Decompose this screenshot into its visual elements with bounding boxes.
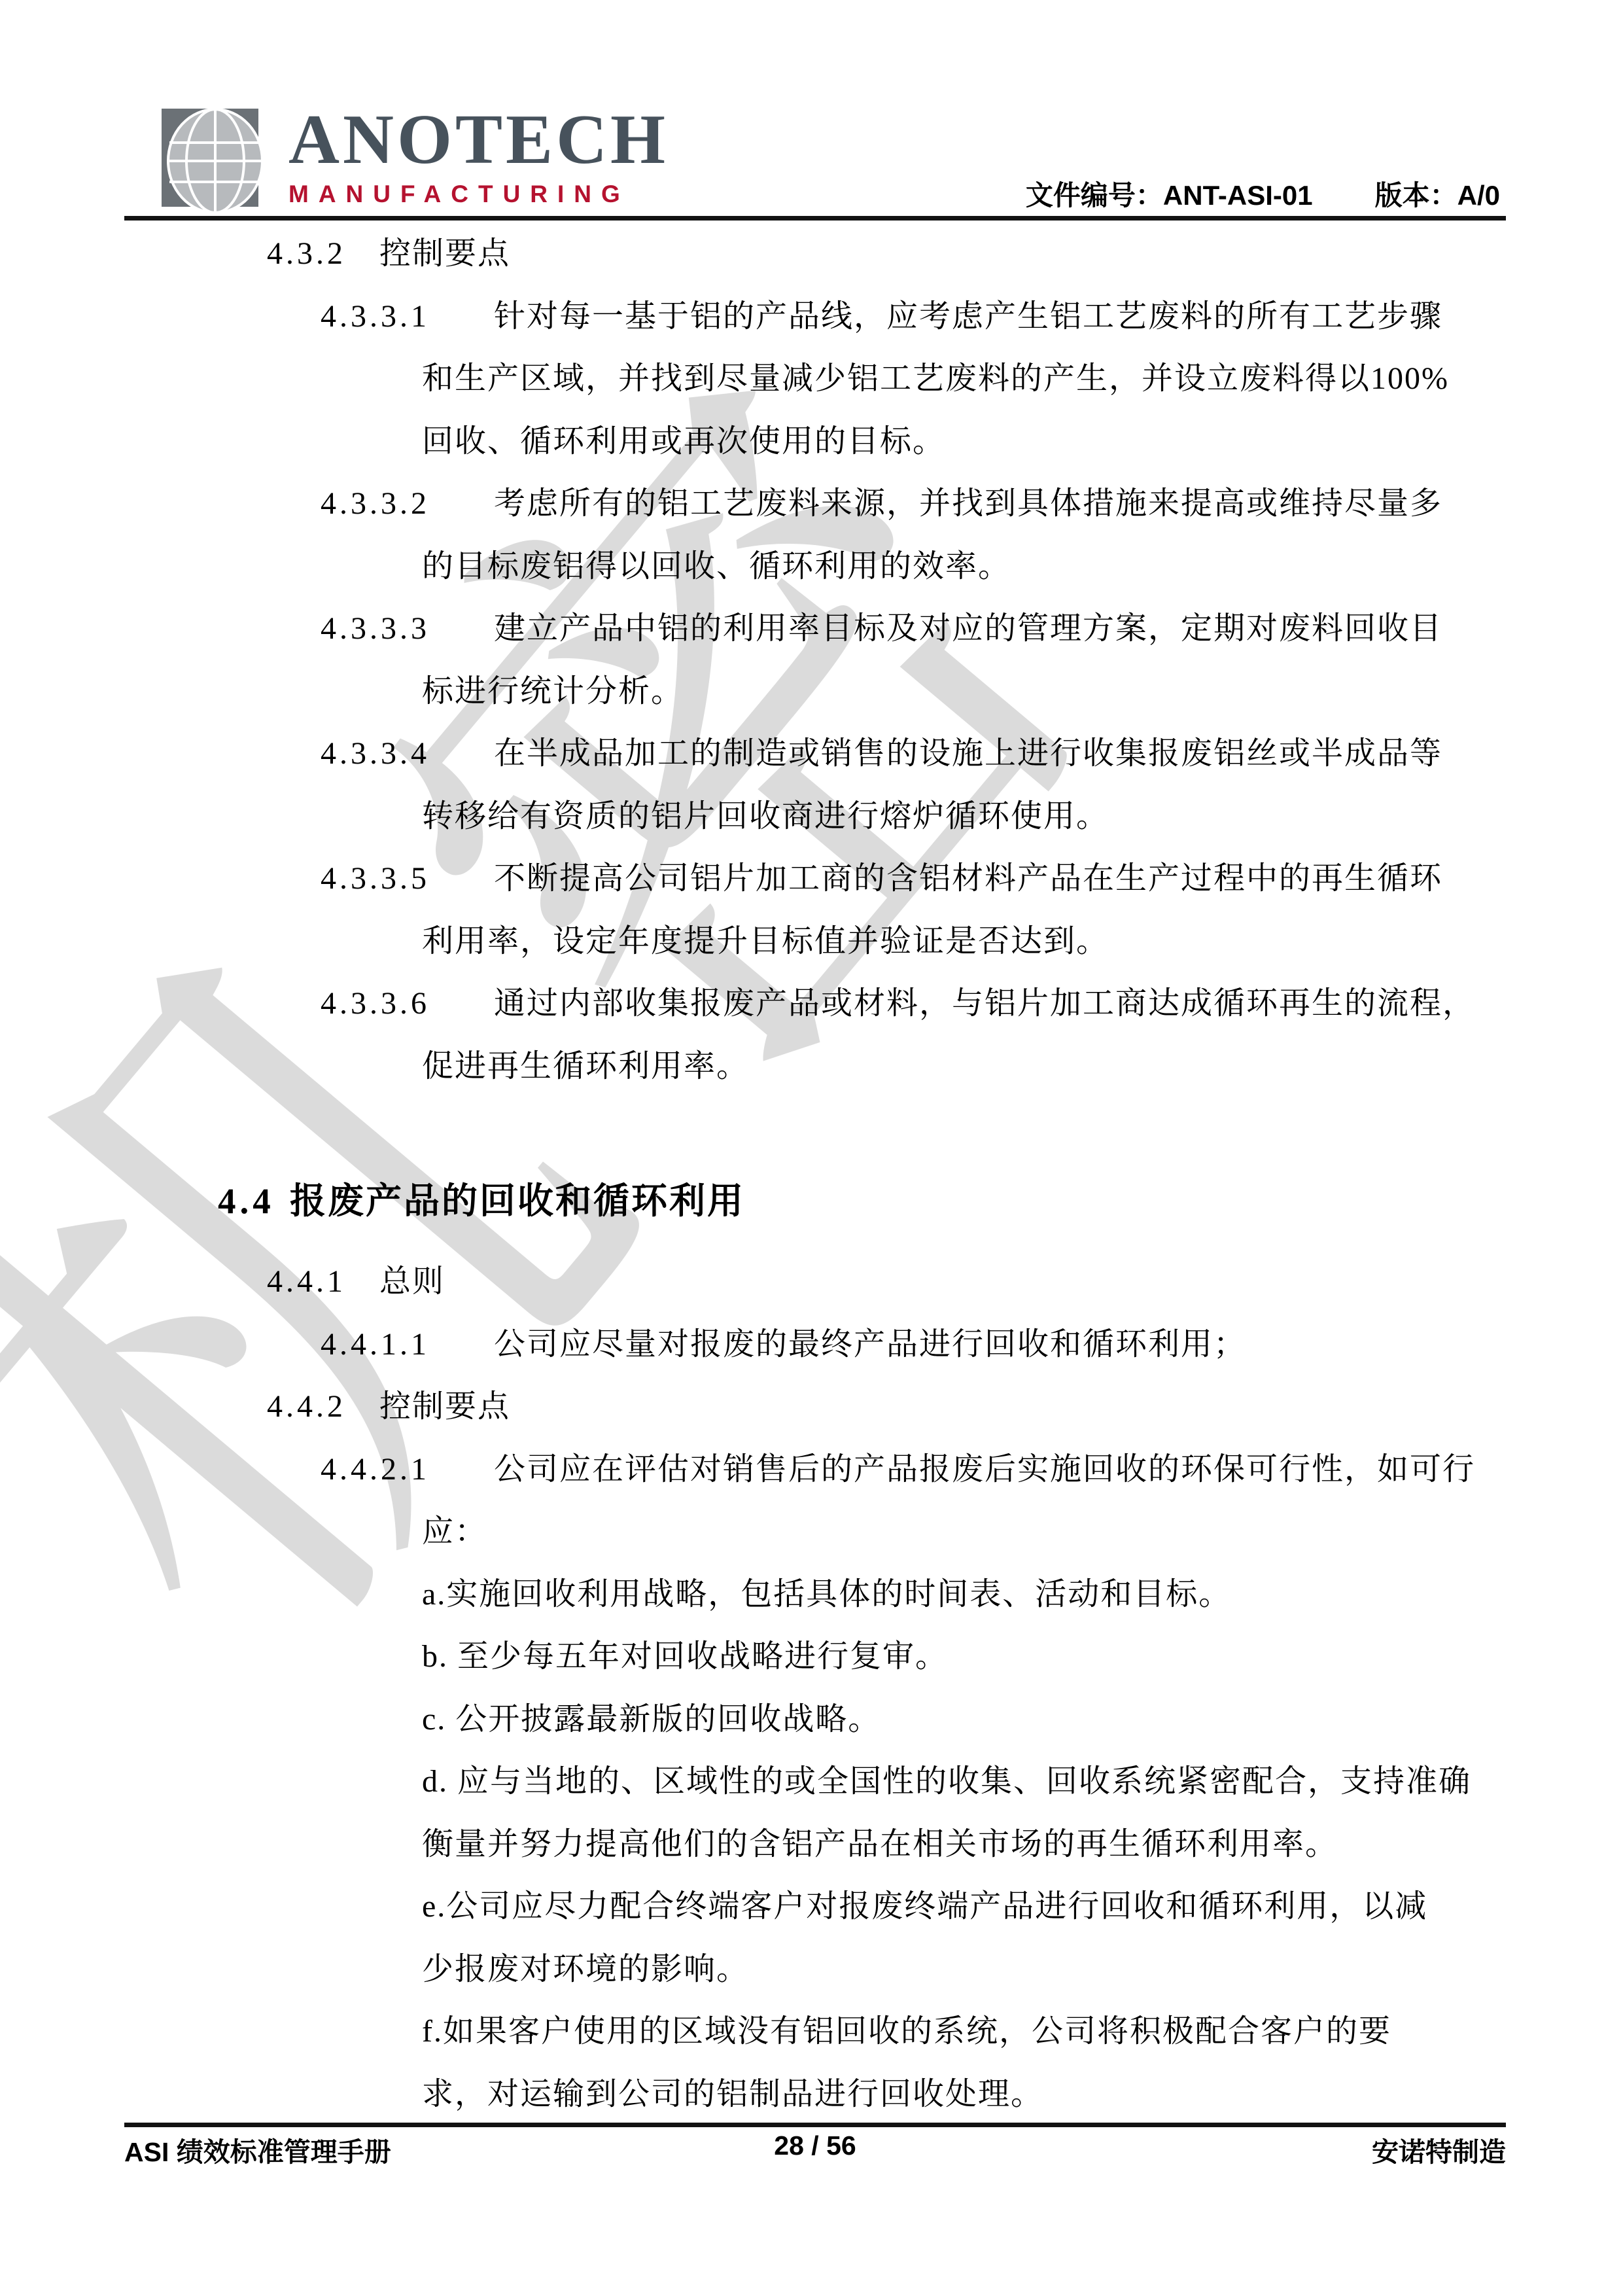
footer-company-name: 安诺特制造 (943, 2130, 1506, 2169)
clause-continuation-line: d. 应与当地的、区域性的或全国性的收集、回收系统紧密配合，支持准确 (0, 1750, 1623, 1813)
clause-continuation-line: 的目标废铝得以回收、循环利用的效率。 (0, 535, 1623, 598)
clause-number: 4.3.3.5 (321, 847, 494, 910)
clause-number: 4.4.2 (267, 1375, 379, 1438)
clause-number: 4.4.1.1 (321, 1313, 494, 1376)
clause-4.3.3.1: 4.3.3.1针对每一基于铝的产品线，应考虑产生铝工艺废料的所有工艺步骤 (0, 285, 1623, 348)
footer-manual-title: ASI 绩效标准管理手册 (124, 2130, 687, 2169)
clause-continuation-line: b. 至少每五年对回收战略进行复审。 (0, 1625, 1623, 1688)
header-divider (124, 216, 1506, 221)
clause-number: 4.3.3.2 (321, 472, 494, 535)
clause-continuation-line: 少报废对环境的影响。 (0, 1938, 1623, 2001)
clause-continuation-line: a.实施回收利用战略，包括具体的时间表、活动和目标。 (0, 1563, 1623, 1626)
clause-text: 公司应在评估对销售后的产品报废后实施回收的环保可行性，如可行 (494, 1452, 1475, 1487)
clause-text: 不断提高公司铝片加工商的含铝材料产品在生产过程中的再生循环 (494, 861, 1442, 896)
clause-text: 报废产品的回收和循环利用 (290, 1181, 745, 1221)
clause-continuation-line: c. 公开披露最新版的回收战略。 (0, 1688, 1623, 1751)
clause-continuation-line: e.公司应尽力配合终端客户对报废终端产品进行回收和循环利用，以减 (0, 1875, 1623, 1938)
page-footer: ASI 绩效标准管理手册 28 / 56 安诺特制造 (124, 2130, 1506, 2169)
document-body: 4.3.2控制要点4.3.3.1针对每一基于铝的产品线，应考虑产生铝工艺废料的所… (0, 222, 1623, 2125)
footer-page-number: 28 / 56 (687, 2130, 943, 2161)
clause-text: 针对每一基于铝的产品线，应考虑产生铝工艺废料的所有工艺步骤 (494, 299, 1442, 334)
clause-continuation-line: 应： (0, 1500, 1623, 1563)
clause-text: 建立产品中铝的利用率目标及对应的管理方案，定期对废料回收目 (494, 611, 1442, 646)
clause-text: 通过内部收集报废产品或材料，与铝片加工商达成循环再生的流程， (494, 986, 1475, 1021)
clause-4.3.3.5: 4.3.3.5不断提高公司铝片加工商的含铝材料产品在生产过程中的再生循环 (0, 847, 1623, 910)
clause-4.4.1: 4.4.1总则 (0, 1250, 1623, 1313)
clause-number: 4.4.1 (267, 1250, 379, 1313)
clause-4.3.3.6: 4.3.3.6通过内部收集报废产品或材料，与铝片加工商达成循环再生的流程， (0, 972, 1623, 1035)
footer-divider (124, 2123, 1506, 2127)
version-label: 版本： (1375, 180, 1457, 211)
clause-4.3.2: 4.3.2控制要点 (0, 222, 1623, 285)
clause-continuation-line: 求，对运输到公司的铝制品进行回收处理。 (0, 2063, 1623, 2126)
clause-continuation-line: f.如果客户使用的区域没有铝回收的系统，公司将积极配合客户的要 (0, 2000, 1623, 2063)
clause-number: 4.3.3.1 (321, 285, 494, 348)
clause-number: 4.3.3.6 (321, 972, 494, 1035)
clause-text: 在半成品加工的制造或销售的设施上进行收集报废铝丝或半成品等 (494, 736, 1442, 771)
clause-number: 4.4.2.1 (321, 1438, 494, 1501)
clause-continuation-line: 促进再生循环利用率。 (0, 1035, 1623, 1098)
clause-text: 控制要点 (379, 236, 510, 271)
clause-continuation-line: 回收、循环利用或再次使用的目标。 (0, 410, 1623, 473)
clause-number: 4.3.3.4 (321, 722, 494, 785)
doc-number-value: ANT-ASI-01 (1163, 180, 1313, 211)
clause-text: 控制要点 (379, 1389, 510, 1424)
clause-number: 4.3.2 (267, 222, 379, 285)
clause-text: 总则 (379, 1264, 445, 1299)
clause-continuation-line: 转移给有资质的铝片回收商进行熔炉循环使用。 (0, 785, 1623, 848)
clause-4.4.2.1: 4.4.2.1公司应在评估对销售后的产品报废后实施回收的环保可行性，如可行 (0, 1438, 1623, 1501)
clause-number: 4.4 (218, 1159, 290, 1244)
clause-4.4: 4.4报废产品的回收和循环利用 (0, 1159, 1623, 1250)
document-info: 文件编号：ANT-ASI-01版本：A/0 (131, 174, 1500, 213)
clause-continuation-line: 和生产区域，并找到尽量减少铝工艺废料的产生，并设立废料得以100% (0, 347, 1623, 410)
clause-4.3.3.3: 4.3.3.3建立产品中铝的利用率目标及对应的管理方案，定期对废料回收目 (0, 597, 1623, 660)
clause-text: 考虑所有的铝工艺废料来源，并找到具体措施来提高或维持尽量多 (494, 486, 1442, 521)
brand-name: ANOTECH (288, 105, 669, 175)
clause-4.4.1.1: 4.4.1.1公司应尽量对报废的最终产品进行回收和循环利用； (0, 1313, 1623, 1376)
clause-4.4.2: 4.4.2控制要点 (0, 1375, 1623, 1438)
clause-continuation-line: 衡量并努力提高他们的含铝产品在相关市场的再生循环利用率。 (0, 1813, 1623, 1876)
doc-number-label: 文件编号： (1026, 180, 1163, 211)
version-value: A/0 (1457, 180, 1500, 211)
document-page: ANOTECH MANUFACTURING 文件编号：ANT-ASI-01版本：… (0, 0, 1623, 2296)
clause-4.3.3.4: 4.3.3.4在半成品加工的制造或销售的设施上进行收集报废铝丝或半成品等 (0, 722, 1623, 785)
clause-continuation-line: 利用率，设定年度提升目标值并验证是否达到。 (0, 910, 1623, 973)
clause-continuation-line: 标进行统计分析。 (0, 660, 1623, 723)
clause-number: 4.3.3.3 (321, 597, 494, 660)
clause-4.3.3.2: 4.3.3.2考虑所有的铝工艺废料来源，并找到具体措施来提高或维持尽量多 (0, 472, 1623, 535)
clause-text: 公司应尽量对报废的最终产品进行回收和循环利用； (494, 1327, 1246, 1362)
